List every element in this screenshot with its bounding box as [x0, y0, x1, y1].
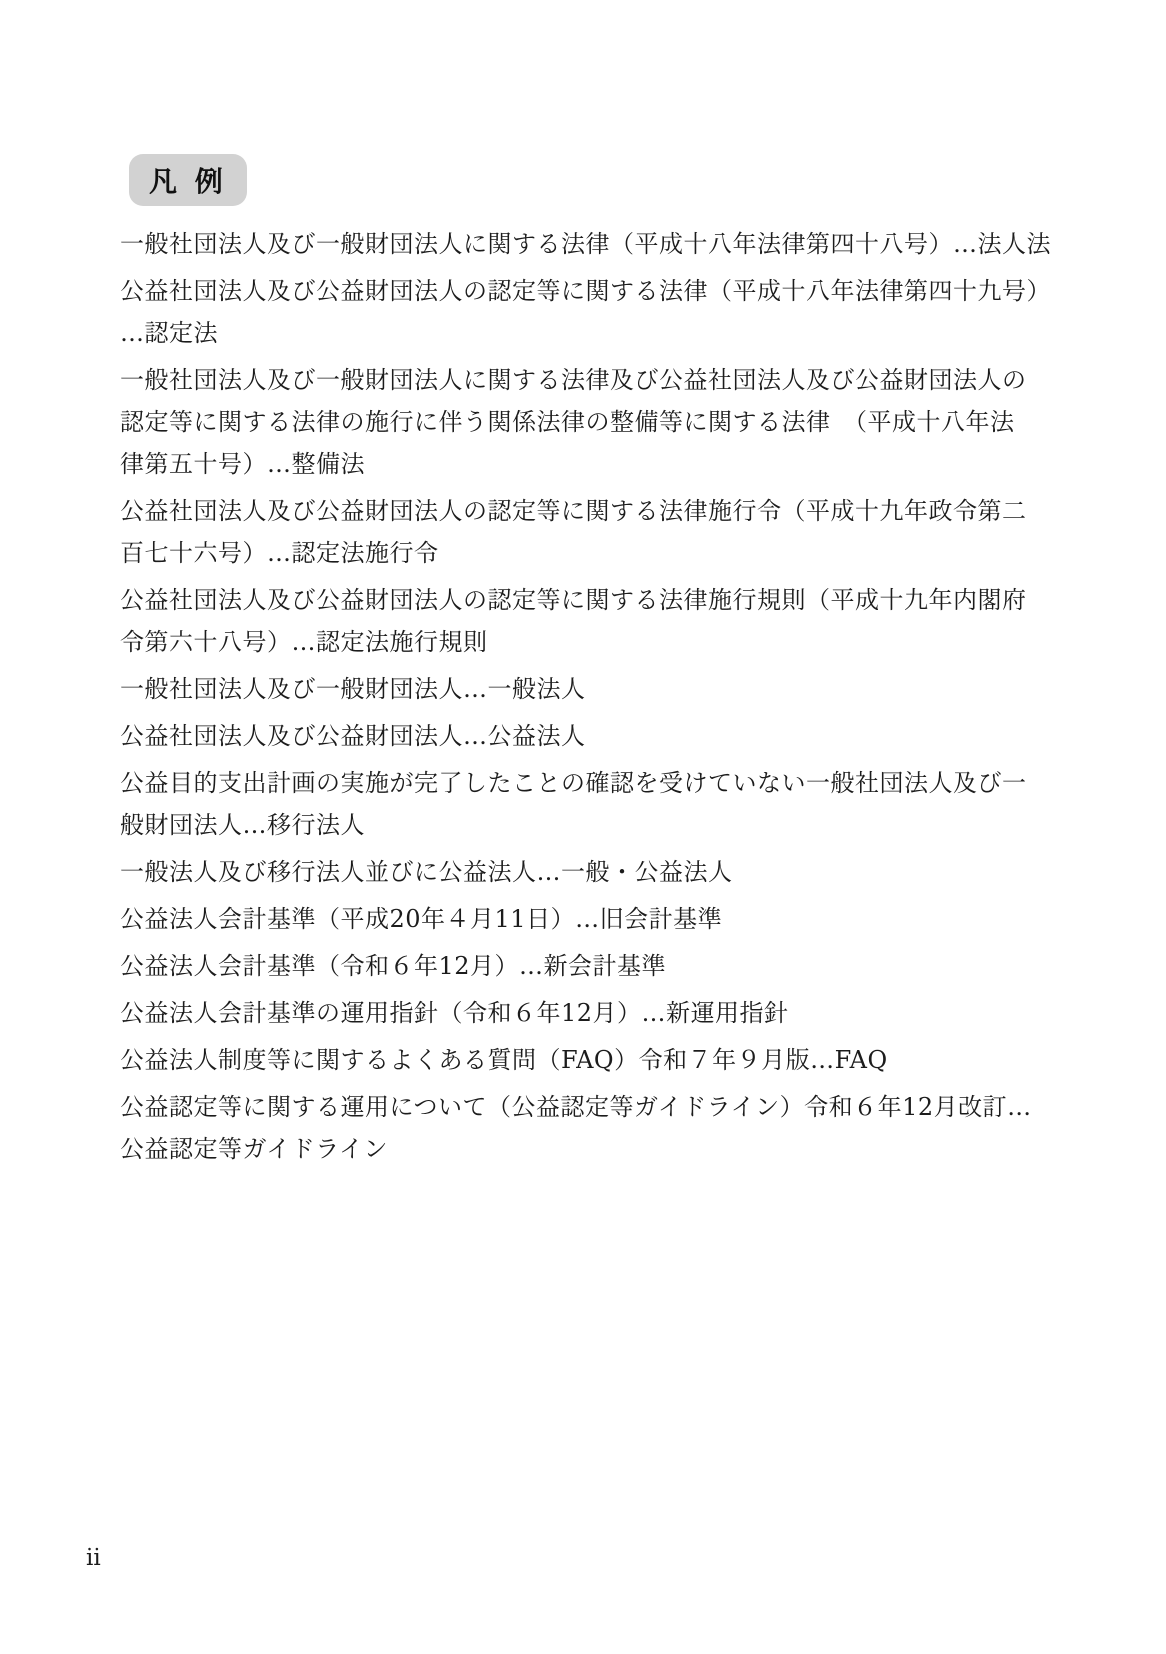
- text-line: 令第六十八号）…認定法施行規則: [120, 621, 1016, 663]
- legend-paragraph: 公益社団法人及び公益財団法人…公益法人: [120, 715, 1016, 757]
- legend-paragraph: 公益法人制度等に関するよくある質問（FAQ）令和７年９月版…FAQ: [120, 1039, 1016, 1081]
- legend-paragraph: 一般社団法人及び一般財団法人に関する法律（平成十八年法律第四十八号）…法人法: [120, 223, 1016, 265]
- legend-paragraph: 公益社団法人及び公益財団法人の認定等に関する法律（平成十八年法律第四十九号）…認…: [120, 270, 1016, 354]
- text-line: 認定等に関する法律の施行に伴う関係法律の整備等に関する法律 （平成十八年法: [120, 401, 1016, 443]
- text-line: 般財団法人…移行法人: [120, 804, 1016, 846]
- text-line: 公益法人制度等に関するよくある質問（FAQ）令和７年９月版…FAQ: [120, 1039, 1016, 1081]
- legend-paragraph: 公益認定等に関する運用について（公益認定等ガイドライン）令和６年12月改訂…公益…: [120, 1086, 1016, 1170]
- legend-paragraph: 公益法人会計基準の運用指針（令和６年12月）…新運用指針: [120, 992, 1016, 1034]
- text-line: 公益社団法人及び公益財団法人の認定等に関する法律施行規則（平成十九年内閣府: [120, 579, 1016, 621]
- legend-paragraph: 一般法人及び移行法人並びに公益法人…一般・公益法人: [120, 851, 1016, 893]
- legend-heading-label: 凡 例: [149, 160, 227, 200]
- text-line: 一般法人及び移行法人並びに公益法人…一般・公益法人: [120, 851, 1016, 893]
- text-line: 一般社団法人及び一般財団法人に関する法律及び公益社団法人及び公益財団法人の: [120, 359, 1016, 401]
- text-line: 百七十六号）…認定法施行令: [120, 532, 1016, 574]
- text-line: 公益社団法人及び公益財団法人の認定等に関する法律施行令（平成十九年政令第二: [120, 490, 1016, 532]
- text-line: 公益認定等ガイドライン: [120, 1128, 1016, 1170]
- text-line: 公益認定等に関する運用について（公益認定等ガイドライン）令和６年12月改訂…: [120, 1086, 1016, 1128]
- legend-heading-box: 凡 例: [129, 154, 247, 206]
- legend-paragraph: 公益法人会計基準（平成20年４月11日）…旧会計基準: [120, 898, 1016, 940]
- legend-paragraph: 公益社団法人及び公益財団法人の認定等に関する法律施行規則（平成十九年内閣府令第六…: [120, 579, 1016, 663]
- book-page: 凡 例 一般社団法人及び一般財団法人に関する法律（平成十八年法律第四十八号）…法…: [0, 0, 1166, 1654]
- text-line: 一般社団法人及び一般財団法人に関する法律（平成十八年法律第四十八号）…法人法: [120, 223, 1016, 265]
- legend-paragraph: 公益目的支出計画の実施が完了したことの確認を受けていない一般社団法人及び一般財団…: [120, 762, 1016, 846]
- text-line: 公益社団法人及び公益財団法人…公益法人: [120, 715, 1016, 757]
- legend-paragraph: 一般社団法人及び一般財団法人に関する法律及び公益社団法人及び公益財団法人の認定等…: [120, 359, 1016, 485]
- text-line: 律第五十号）…整備法: [120, 443, 1016, 485]
- legend-paragraph: 公益法人会計基準（令和６年12月）…新会計基準: [120, 945, 1016, 987]
- page-number: ii: [86, 1543, 101, 1573]
- legend-paragraph: 一般社団法人及び一般財団法人…一般法人: [120, 668, 1016, 710]
- text-line: …認定法: [120, 312, 1016, 354]
- text-line: 公益社団法人及び公益財団法人の認定等に関する法律（平成十八年法律第四十九号）: [120, 270, 1016, 312]
- legend-paragraph: 公益社団法人及び公益財団法人の認定等に関する法律施行令（平成十九年政令第二百七十…: [120, 490, 1016, 574]
- text-line: 公益法人会計基準（令和６年12月）…新会計基準: [120, 945, 1016, 987]
- text-line: 公益目的支出計画の実施が完了したことの確認を受けていない一般社団法人及び一: [120, 762, 1016, 804]
- text-line: 公益法人会計基準の運用指針（令和６年12月）…新運用指針: [120, 992, 1016, 1034]
- text-line: 一般社団法人及び一般財団法人…一般法人: [120, 668, 1016, 710]
- legend-paragraphs: 一般社団法人及び一般財団法人に関する法律（平成十八年法律第四十八号）…法人法公益…: [120, 223, 1016, 1175]
- text-line: 公益法人会計基準（平成20年４月11日）…旧会計基準: [120, 898, 1016, 940]
